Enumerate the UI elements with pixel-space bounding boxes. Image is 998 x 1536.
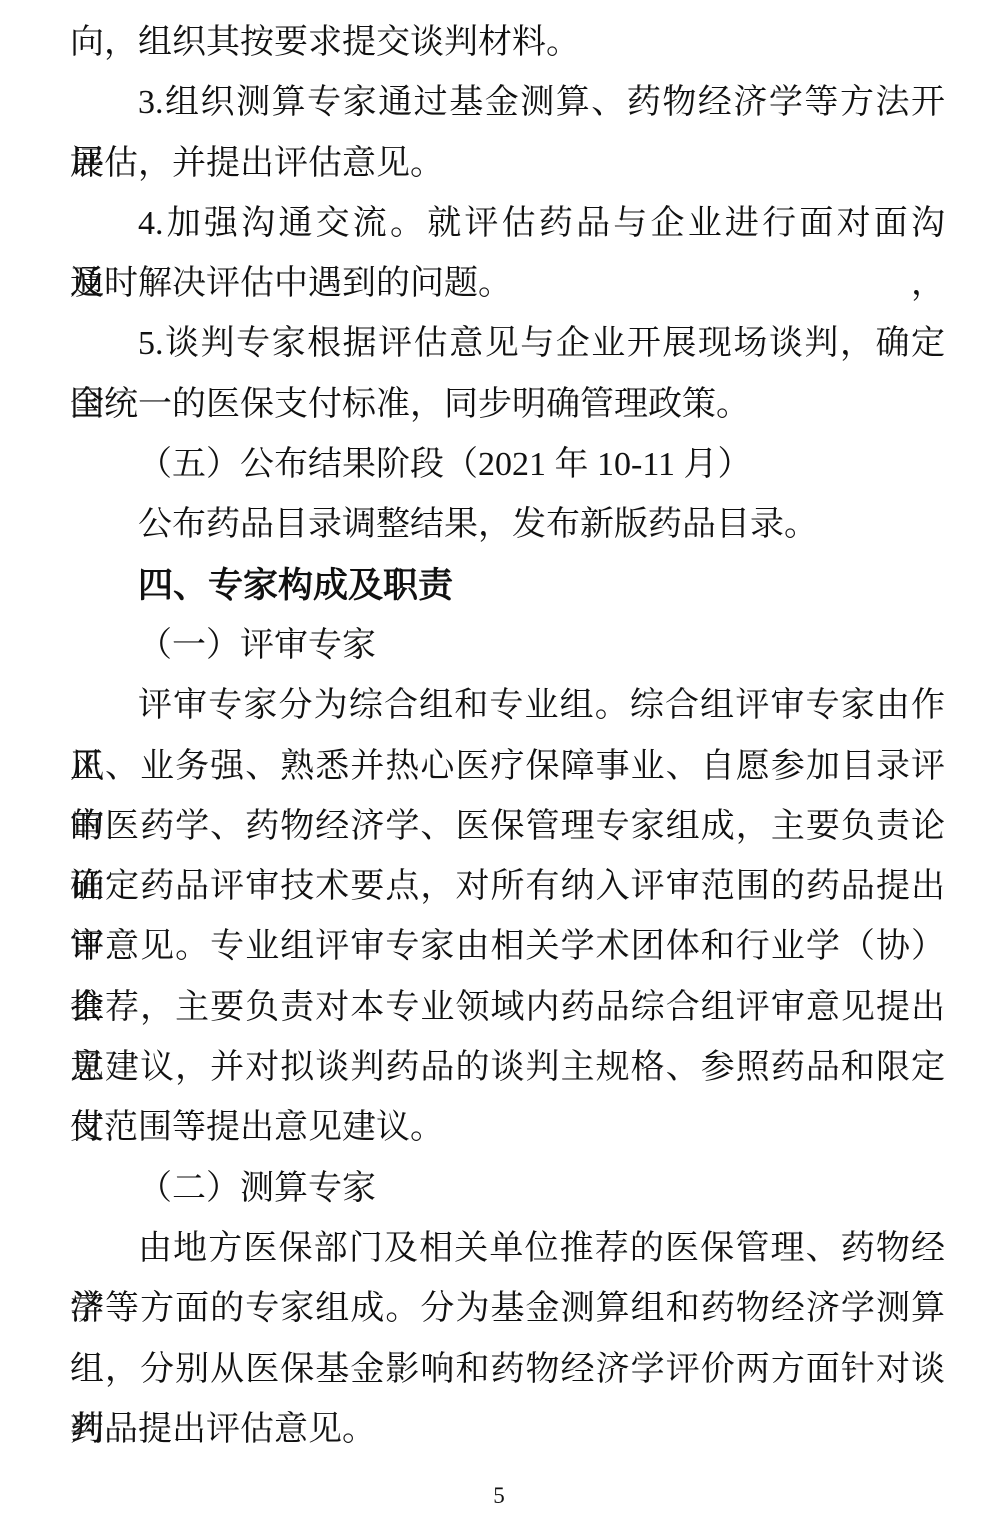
text-line-stage-heading: （五）公布结果阶段（2021 年 10-11 月） bbox=[70, 435, 945, 495]
section-heading: 四、专家构成及职责 bbox=[70, 556, 945, 616]
text-line: 国统一的医保支付标准，同步明确管理政策。 bbox=[70, 375, 945, 435]
text-line: 药品提出评估意见。 bbox=[70, 1400, 945, 1460]
text-line: 评估，并提出评估意见。 bbox=[70, 134, 945, 194]
text-line: 审意见。专业组评审专家由相关学术团体和行业学（协）会 bbox=[70, 917, 945, 977]
text-line: 的医药学、药物经济学、医保管理专家组成，主要负责论证 bbox=[70, 797, 945, 857]
text-line: 见建议，并对拟谈判药品的谈判主规格、参照药品和限定支 bbox=[70, 1038, 945, 1098]
text-line: 5.谈判专家根据评估意见与企业开展现场谈判，确定全 bbox=[70, 314, 945, 374]
page-number: 5 bbox=[0, 1482, 998, 1510]
text-line: 学等方面的专家组成。分为基金测算组和药物经济学测算 bbox=[70, 1279, 945, 1339]
text-line: 公布药品目录调整结果，发布新版药品目录。 bbox=[70, 495, 945, 555]
document-page: 向，组织其按要求提交谈判材料。 3.组织测算专家通过基金测算、药物经济学等方法开… bbox=[0, 0, 998, 1536]
text-line: 推荐，主要负责对本专业领域内药品综合组评审意见提出意 bbox=[70, 978, 945, 1038]
text-line: 4.加强沟通交流。就评估药品与企业进行面对面沟通， bbox=[70, 194, 945, 254]
text-line: 由地方医保部门及相关单位推荐的医保管理、药物经济 bbox=[70, 1219, 945, 1279]
text-line: 正、业务强、熟悉并热心医疗保障事业、自愿参加目录评审 bbox=[70, 737, 945, 797]
text-line: 确定药品评审技术要点，对所有纳入评审范围的药品提出评 bbox=[70, 857, 945, 917]
subsection-heading: （一）评审专家 bbox=[70, 616, 945, 676]
text-line: 付范围等提出意见建议。 bbox=[70, 1098, 945, 1158]
text-line: 评审专家分为综合组和专业组。综合组评审专家由作风 bbox=[70, 676, 945, 736]
text-line: 组，分别从医保基金影响和药物经济学评价两方面针对谈判 bbox=[70, 1340, 945, 1400]
text-line: 3.组织测算专家通过基金测算、药物经济学等方法开展 bbox=[70, 73, 945, 133]
text-line: 向，组织其按要求提交谈判材料。 bbox=[70, 13, 945, 73]
document-body: 向，组织其按要求提交谈判材料。 3.组织测算专家通过基金测算、药物经济学等方法开… bbox=[70, 13, 945, 1460]
subsection-heading: （二）测算专家 bbox=[70, 1159, 945, 1219]
